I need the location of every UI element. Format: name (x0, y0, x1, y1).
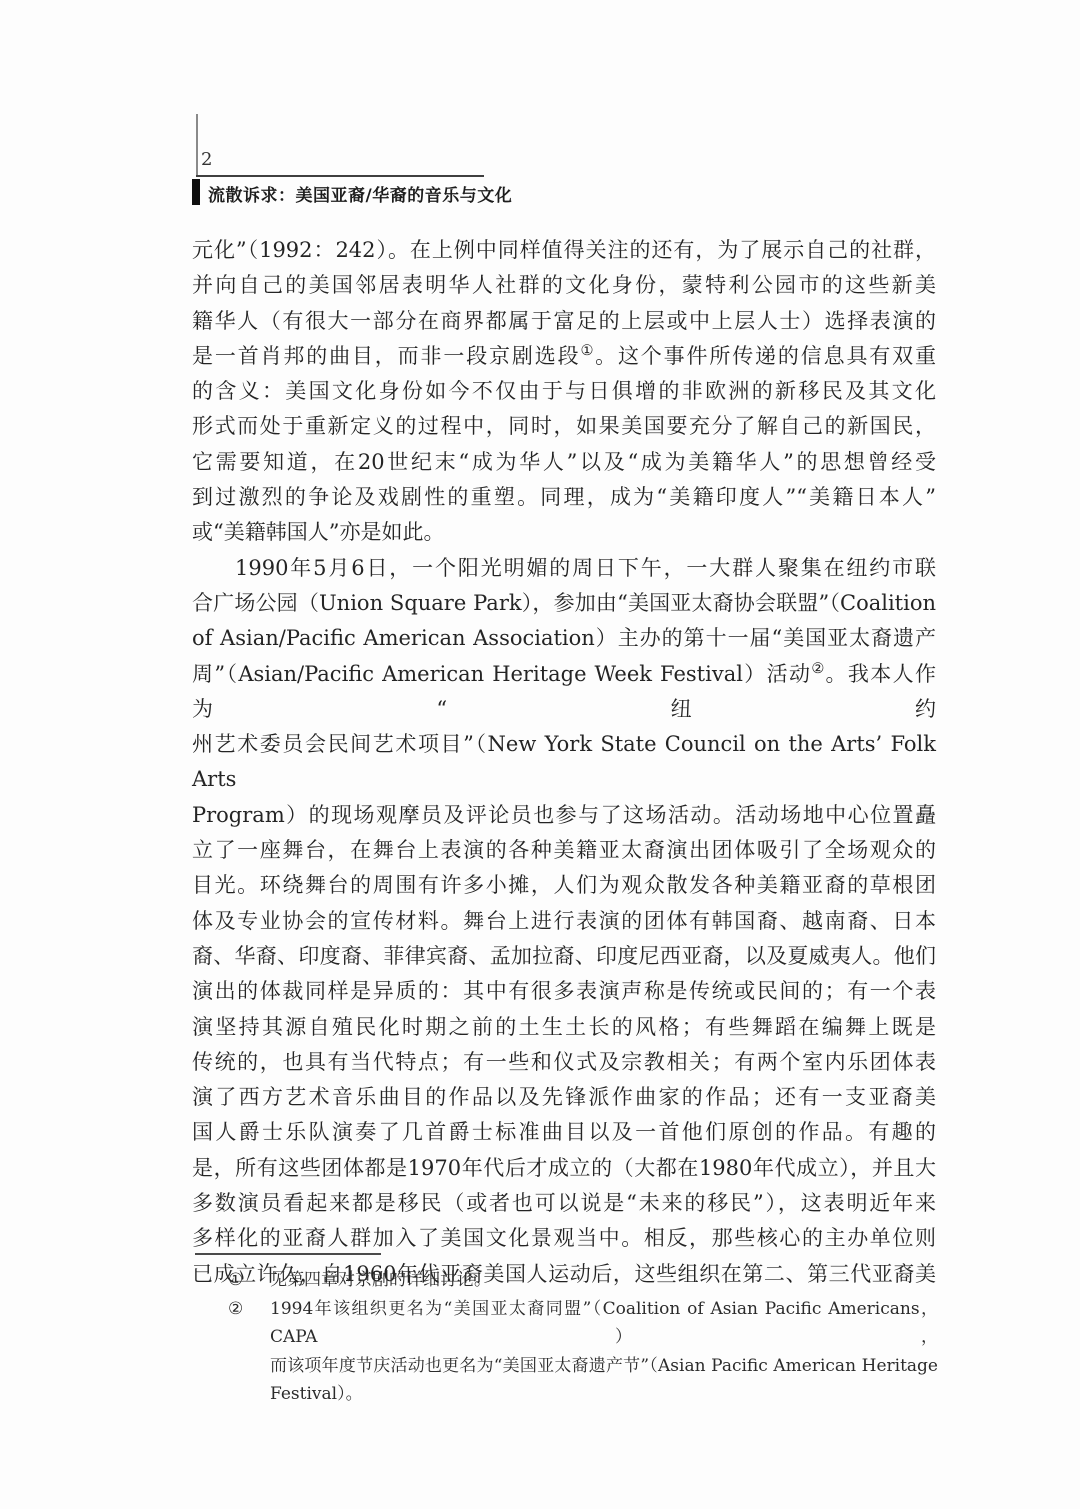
body-line: 到过激烈的争论及戏剧性的重塑。同理，成为“美籍印度人”“美籍日本人” (192, 480, 936, 515)
footnote-line: Festival）。 (270, 1380, 938, 1409)
body-line: 传统的，也具有当代特点；有一些和仪式及宗教相关；有两个室内乐团体表 (192, 1045, 936, 1080)
body-line: 演坚持其源自殖民化时期之前的土生土长的风格；有些舞蹈在编舞上既是 (192, 1010, 936, 1045)
header-rule (196, 175, 484, 177)
body-line: 并向自己的美国邻居表明华人社群的文化身份，蒙特利公园市的这些新美 (192, 268, 936, 303)
body-line: 的含义：美国文化身份如今不仅由于与日俱增的非欧洲的新移民及其文化 (192, 374, 936, 409)
body-line: 演出的体裁同样是异质的：其中有很多表演声称是传统或民间的；有一个表 (192, 974, 936, 1009)
footnote-marker: ② (228, 1295, 270, 1324)
body-line: 是，所有这些团体都是1970年代后才成立的（大都在1980年代成立），并且大 (192, 1151, 936, 1186)
body-line: 体及专业协会的宣传材料。舞台上进行表演的团体有韩国裔、越南裔、日本 (192, 904, 936, 939)
body-line: 裔、华裔、印度裔、菲律宾裔、孟加拉裔、印度尼西亚裔，以及夏威夷人。他们 (192, 939, 936, 974)
body-line: 多数演员看起来都是移民（或者也可以说是“未来的移民”），这表明近年来 (192, 1186, 936, 1221)
body-line: 周”（Asian/Pacific American Heritage Week … (192, 657, 936, 728)
footnotes: ① 见第四章对京剧的详细讨论。 ② 1994年该组织更名为“美国亚太裔同盟”（C… (228, 1266, 940, 1409)
body-line: of Asian/Pacific American Association）主办… (192, 621, 936, 656)
footnote-2: ② 1994年该组织更名为“美国亚太裔同盟”（Coalition of Asia… (228, 1295, 940, 1409)
margin-rule-vertical (196, 114, 198, 176)
body-line: 1990年5月6日，一个阳光明媚的周日下午，一大群人聚集在纽约市联 (192, 551, 936, 586)
page-number: 2 (201, 149, 212, 170)
body-line: 籍华人（有很大一部分在商界都属于富足的上层或中上层人士）选择表演的 (192, 304, 936, 339)
body-line: 州艺术委员会民间艺术项目”（New York State Council on … (192, 727, 936, 798)
body-line: 或“美籍韩国人”亦是如此。 (192, 515, 936, 550)
body-line: 立了一座舞台，在舞台上表演的各种美籍亚太裔演出团体吸引了全场观众的 (192, 833, 936, 868)
body-line: 目光。环绕舞台的周围有许多小摊，人们为观众散发各种美籍亚裔的草根团 (192, 868, 936, 903)
body-line: 合广场公园（Union Square Park），参加由“美国亚太裔协会联盟”（… (192, 586, 936, 621)
paragraph-1: 元化”（1992：242）。在上例中同样值得关注的还有，为了展示自己的社群， 并… (192, 233, 936, 551)
body-line: 多样化的亚裔人群加入了美国文化景观当中。相反，那些核心的主办单位则 (192, 1221, 936, 1256)
body-line: 形式而处于重新定义的过程中，同时，如果美国要充分了解自己的新国民， (192, 409, 936, 444)
footnote-line: 1994年该组织更名为“美国亚太裔同盟”（Coalition of Asian … (270, 1295, 938, 1352)
footnote-line: 见第四章对京剧的详细讨论。 (270, 1266, 938, 1295)
footnote-1: ① 见第四章对京剧的详细讨论。 (228, 1266, 940, 1295)
running-title: 流散诉求：美国亚裔/华裔的音乐与文化 (208, 181, 512, 206)
body-line: 演了西方艺术音乐曲目的作品以及先锋派作曲家的作品；还有一支亚裔美 (192, 1080, 936, 1115)
body-text: 元化”（1992：242）。在上例中同样值得关注的还有，为了展示自己的社群， 并… (192, 233, 936, 1292)
book-page: 2 流散诉求：美国亚裔/华裔的音乐与文化 元化”（1992：242）。在上例中同… (0, 0, 1080, 1509)
body-line: 国人爵士乐队演奏了几首爵士标准曲目以及一首他们原创的作品。有趣的 (192, 1115, 936, 1150)
footnote-line: 而该项年度节庆活动也更名为“美国亚太裔遗产节”（Asian Pacific Am… (270, 1352, 938, 1381)
paragraph-2: 1990年5月6日，一个阳光明媚的周日下午，一大群人聚集在纽约市联 合广场公园（… (192, 551, 936, 1292)
body-line: 元化”（1992：242）。在上例中同样值得关注的还有，为了展示自己的社群， (192, 233, 936, 268)
body-line: 它需要知道，在20世纪末“成为华人”以及“成为美籍华人”的思想曾经受 (192, 445, 936, 480)
body-line: 是一首肖邦的曲目，而非一段京剧选段①。这个事件所传递的信息具有双重 (192, 339, 936, 374)
header-tab-bar (192, 179, 200, 205)
footnote-marker: ① (228, 1266, 270, 1295)
body-line: Program）的现场观摩员及评论员也参与了这场活动。活动场地中心位置矗 (192, 798, 936, 833)
footnote-separator (195, 1253, 381, 1255)
